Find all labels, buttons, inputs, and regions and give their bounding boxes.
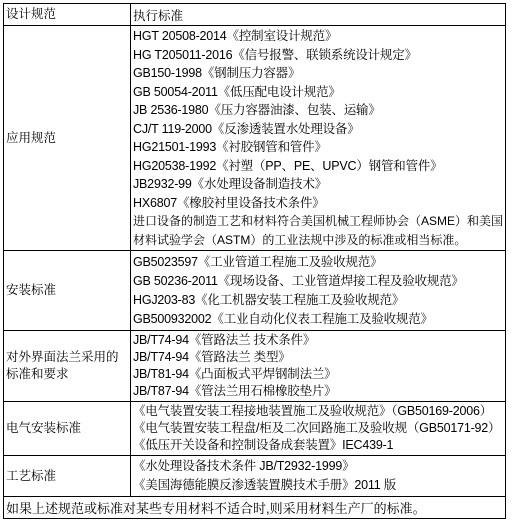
standard-item: JB/T74-94《管路法兰 类型》	[133, 349, 504, 366]
header-exec-standard: 执行标准	[131, 4, 506, 26]
footer-note: 如果上述规范或标准对某些专用材料不适合时,则采用材料生产厂的标准。	[4, 497, 506, 519]
table-row-installation-standards: 安装标准 GB5023597《工业管道工程施工及验收规范》 GB 50236-2…	[4, 251, 506, 331]
standard-item: HG20538-1992《衬塑（PP、PE、UPVC）钢管和管件》	[133, 157, 504, 176]
standards-cell-application: HGT 20508-2014《控制室设计规范》 HG T205011-2016《…	[131, 26, 506, 251]
table-row-flange-standards: 对外界面法兰采用的标准和要求 JB/T74-94《管路法兰 技术条件》 JB/T…	[4, 331, 506, 402]
standard-item: GB5023597《工业管道工程施工及验收规范》	[133, 253, 504, 272]
standards-cell-installation: GB5023597《工业管道工程施工及验收规范》 GB 50236-2011《现…	[131, 251, 506, 331]
standard-item: HX6807《橡胶衬里设备技术条件》	[133, 194, 504, 213]
standard-item: GB 50054-2011《低压配电设计规范》	[133, 83, 504, 102]
standard-item: JB2932-99《水处理设备制造技术》	[133, 175, 504, 194]
standard-item: CJ/T 119-2000《反渗透装置水处理设备》	[133, 120, 504, 139]
standard-item: HG T205011-2016《信号报警、联锁系统设计规定》	[133, 46, 504, 65]
standard-item: JB/T87-94《管法兰用石棉橡胶垫片》	[133, 383, 504, 400]
standards-cell-process: 《水处理设备技术条件 JB/T2932-1999》 《美国海德能膜反渗透装置膜技…	[131, 456, 506, 497]
standard-item: JB/T81-94《凸面板式平焊钢制法兰》	[133, 366, 504, 383]
standards-table: 设计规范 执行标准 应用规范 HGT 20508-2014《控制室设计规范》 H…	[3, 3, 506, 519]
standard-item-imported-equipment-note: 进口设备的制造工艺和材料符合美国机械工程师协会（ASME）和美国材料试验学会（A…	[133, 212, 504, 249]
standard-item: 《美国海德能膜反渗透装置膜技术手册》2011 版	[133, 476, 504, 495]
standard-item: 《低压开关设备和控制设备成套装置》IEC439-1	[133, 437, 504, 454]
header-design-spec: 设计规范	[4, 4, 131, 26]
standard-item: HGJ203-83《化工机器安装工程施工及验收规范》	[133, 291, 504, 310]
row-label-process-standards: 工艺标准	[4, 456, 131, 497]
standard-item: 《电气装置安装工程接地装置施工及验收规范》（GB50169-2006）	[133, 403, 504, 420]
standard-item: HGT 20508-2014《控制室设计规范》	[133, 27, 504, 46]
table-header-row: 设计规范 执行标准	[4, 4, 506, 26]
standards-cell-flange: JB/T74-94《管路法兰 技术条件》 JB/T74-94《管路法兰 类型》 …	[131, 331, 506, 402]
table-row-electrical-standards: 电气安装标准 《电气装置安装工程接地装置施工及验收规范》（GB50169-200…	[4, 402, 506, 456]
standards-cell-electrical: 《电气装置安装工程接地装置施工及验收规范》（GB50169-2006） 《电气装…	[131, 402, 506, 456]
row-label-electrical-standards: 电气安装标准	[4, 402, 131, 456]
table-row-process-standards: 工艺标准 《水处理设备技术条件 JB/T2932-1999》 《美国海德能膜反渗…	[4, 456, 506, 497]
standard-item: 《水处理设备技术条件 JB/T2932-1999》	[133, 457, 504, 476]
standard-item: GB500932002《工业自动化仪表工程施工及验收规范》	[133, 310, 504, 329]
table-row-application-specs: 应用规范 HGT 20508-2014《控制室设计规范》 HG T205011-…	[4, 26, 506, 251]
table-footer-row: 如果上述规范或标准对某些专用材料不适合时,则采用材料生产厂的标准。	[4, 497, 506, 519]
standard-item: GB 50236-2011《现场设备、工业管道焊接工程及验收规范》	[133, 272, 504, 291]
standard-item: GB150-1998《钢制压力容器》	[133, 64, 504, 83]
row-label-application-specs: 应用规范	[4, 26, 131, 251]
standard-item: JB/T74-94《管路法兰 技术条件》	[133, 332, 504, 349]
row-label-installation-standards: 安装标准	[4, 251, 131, 331]
standard-item: JB 2536-1980《压力容器油漆、包装、运输》	[133, 101, 504, 120]
standard-item: 《电气装置安装工程盘/柜及二次回路施工及验收规（GB50171-92）	[133, 420, 504, 437]
row-label-flange-standards: 对外界面法兰采用的标准和要求	[4, 331, 131, 402]
standard-item: HG21501-1993《衬胶钢管和管件》	[133, 138, 504, 157]
